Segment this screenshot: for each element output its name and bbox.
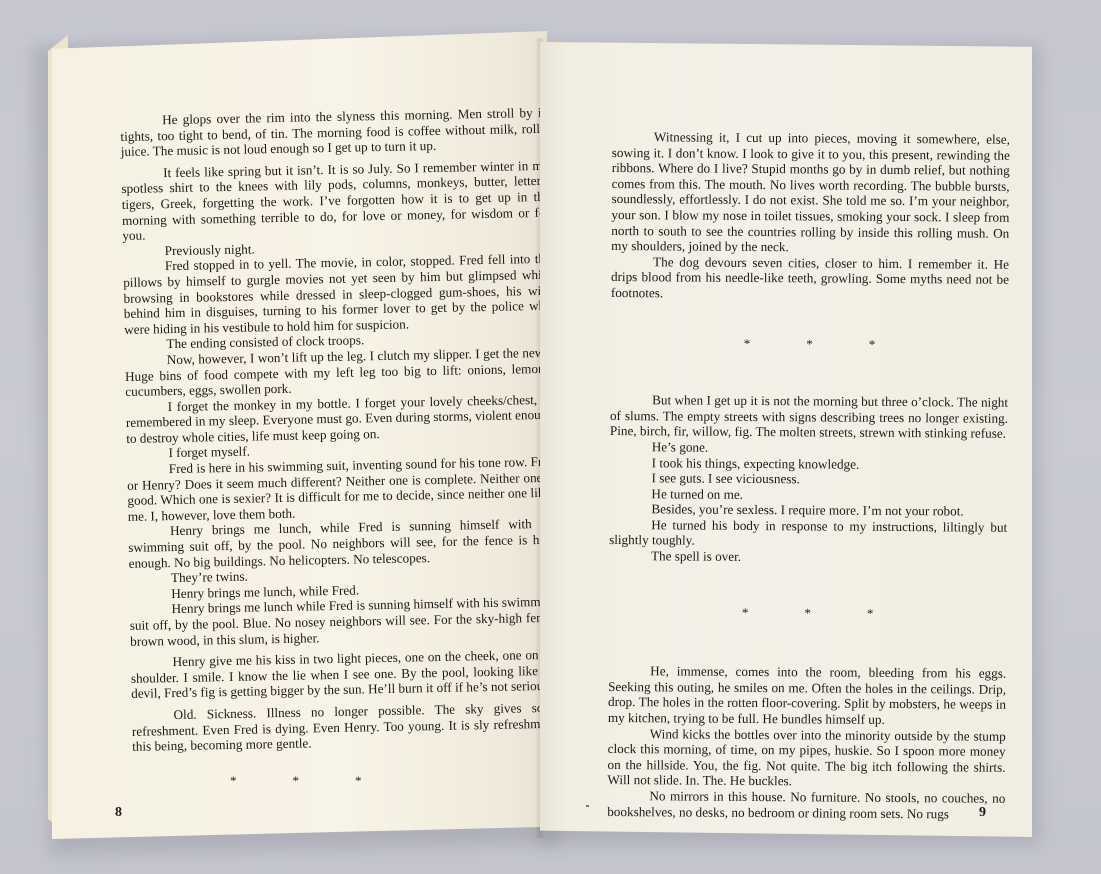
left-page-body: He glops over the rim into the slyness t…	[120, 105, 560, 755]
asterisk: *	[230, 773, 237, 789]
paragraph: Henry give me his kiss in two light piec…	[130, 647, 559, 702]
paragraph: No mirrors in this house. No furniture. …	[607, 788, 1005, 822]
asterisk: *	[806, 336, 813, 352]
paragraph: Wind kicks the bottles over into the min…	[607, 726, 1005, 791]
section-break: * * *	[610, 335, 1008, 353]
paragraph: Fred is here in his swimming suit, inven…	[127, 454, 556, 525]
paragraph: I forget the monkey in my bottle. I forg…	[126, 391, 555, 446]
asterisk: *	[744, 335, 751, 351]
asterisk: *	[869, 336, 876, 352]
paragraph: He turned his body in response to my ins…	[609, 517, 1007, 551]
paragraph: Witnessing it, I cut up into pieces, mov…	[611, 129, 1010, 257]
paragraph: Henry brings me lunch, while Fred is sun…	[128, 516, 557, 571]
paragraph: Henry brings me lunch while Fred is sunn…	[129, 594, 558, 649]
page-number: 9	[979, 805, 986, 821]
paragraph: It feels like spring but it isn’t. It is…	[121, 158, 550, 244]
section-break: * * *	[230, 773, 362, 789]
paragraph: He glops over the rim into the slyness t…	[120, 105, 549, 160]
asterisk: *	[867, 605, 874, 621]
asterisk: *	[742, 605, 749, 621]
paragraph: But when I get up it is not the morning …	[610, 392, 1008, 442]
right-page: Witnessing it, I cut up into pieces, mov…	[540, 42, 1032, 837]
asterisk: *	[355, 773, 362, 789]
section-break: * * *	[609, 604, 1007, 622]
right-page-body: Witnessing it, I cut up into pieces, mov…	[607, 129, 1010, 822]
page-number: 8	[115, 805, 122, 821]
paragraph: Fred stopped in to yell. The movie, in c…	[123, 251, 552, 337]
left-page: He glops over the rim into the slyness t…	[52, 31, 547, 839]
paper-speck	[586, 805, 589, 807]
paragraph: Old. Sickness. Illness no longer possibl…	[131, 700, 560, 755]
paragraph: Now, however, I won’t lift up the leg. I…	[125, 345, 554, 400]
asterisk: *	[804, 605, 811, 621]
paragraph: The dog devours seven cities, closer to …	[611, 254, 1009, 304]
paragraph: He, immense, comes into the room, bleedi…	[608, 663, 1006, 728]
asterisk: *	[293, 773, 300, 789]
paragraph: The spell is over.	[609, 548, 1007, 566]
